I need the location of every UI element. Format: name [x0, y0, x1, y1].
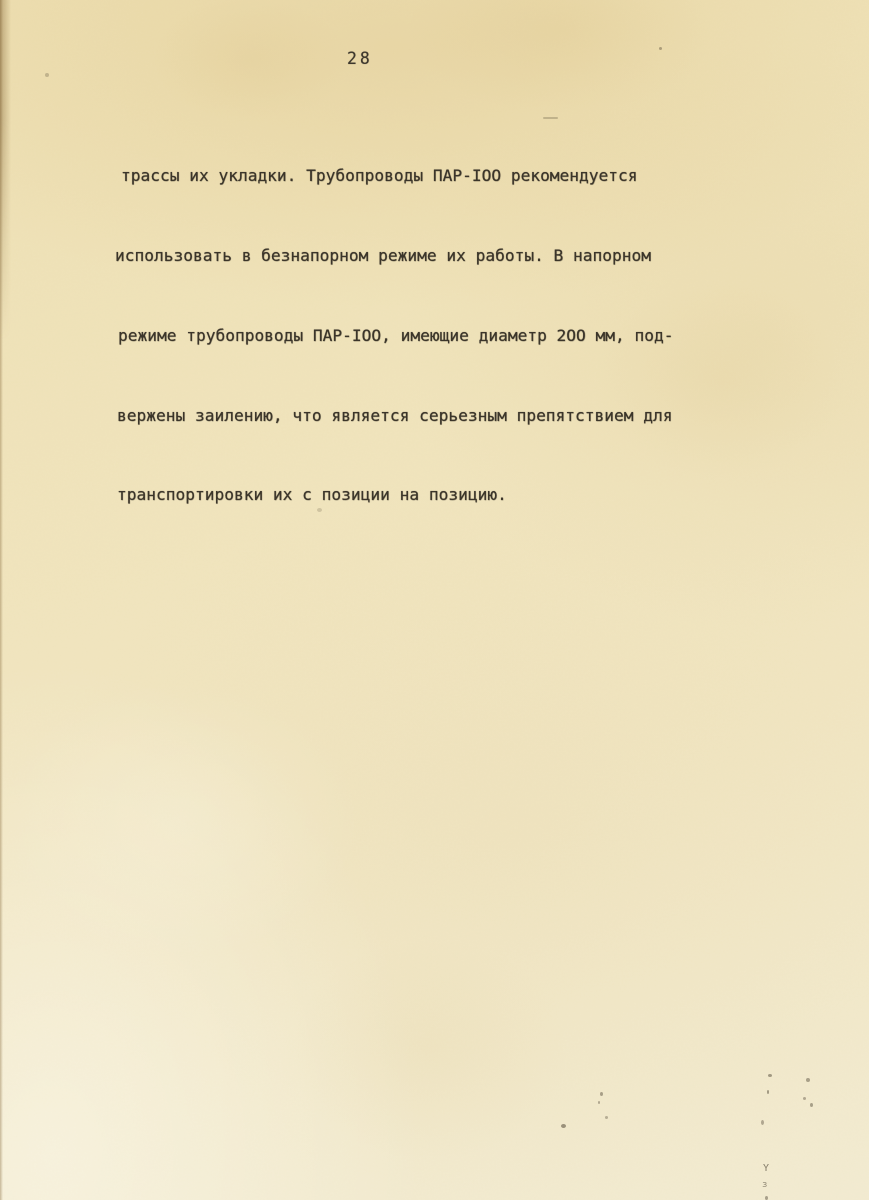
paper-speck [767, 1090, 769, 1094]
paragraph-line: трассы их укладки. Трубопроводы ПАР-IОО … [121, 163, 715, 190]
paper-speck [605, 1116, 608, 1119]
paper-speck [768, 1074, 772, 1077]
paper-speck [810, 1103, 813, 1107]
paper-speck [659, 47, 662, 50]
paper-speck [598, 1101, 600, 1104]
scan-edge-shadow [0, 0, 3, 1200]
paragraph-line: вержены заилению, что является серьезным… [117, 403, 715, 430]
paper-speck [761, 1120, 764, 1125]
paper-speck [561, 1124, 566, 1128]
paper-speck [803, 1097, 806, 1100]
stray-ink-mark: з [762, 1181, 767, 1190]
scan-edge-shadow-top [0, 0, 11, 340]
paragraph-line: использовать в безнапорном режиме их раб… [115, 243, 715, 270]
paper-speck [600, 1092, 603, 1096]
body-paragraph: трассы их укладки. Трубопроводы ПАР-IОО … [115, 110, 715, 562]
scanned-document-page: 28 трассы их укладки. Трубопроводы ПАР-I… [0, 0, 869, 1200]
paragraph-line: режиме трубопроводы ПАР-IОО, имеющие диа… [118, 323, 715, 350]
stray-ink-mark: Y [763, 1164, 769, 1174]
paragraph-line: транспортировки их с позиции на позицию. [117, 482, 715, 509]
page-number: 28 [347, 49, 373, 68]
paper-speck [45, 73, 49, 77]
paper-speck [806, 1078, 810, 1082]
paper-speck [765, 1196, 768, 1200]
